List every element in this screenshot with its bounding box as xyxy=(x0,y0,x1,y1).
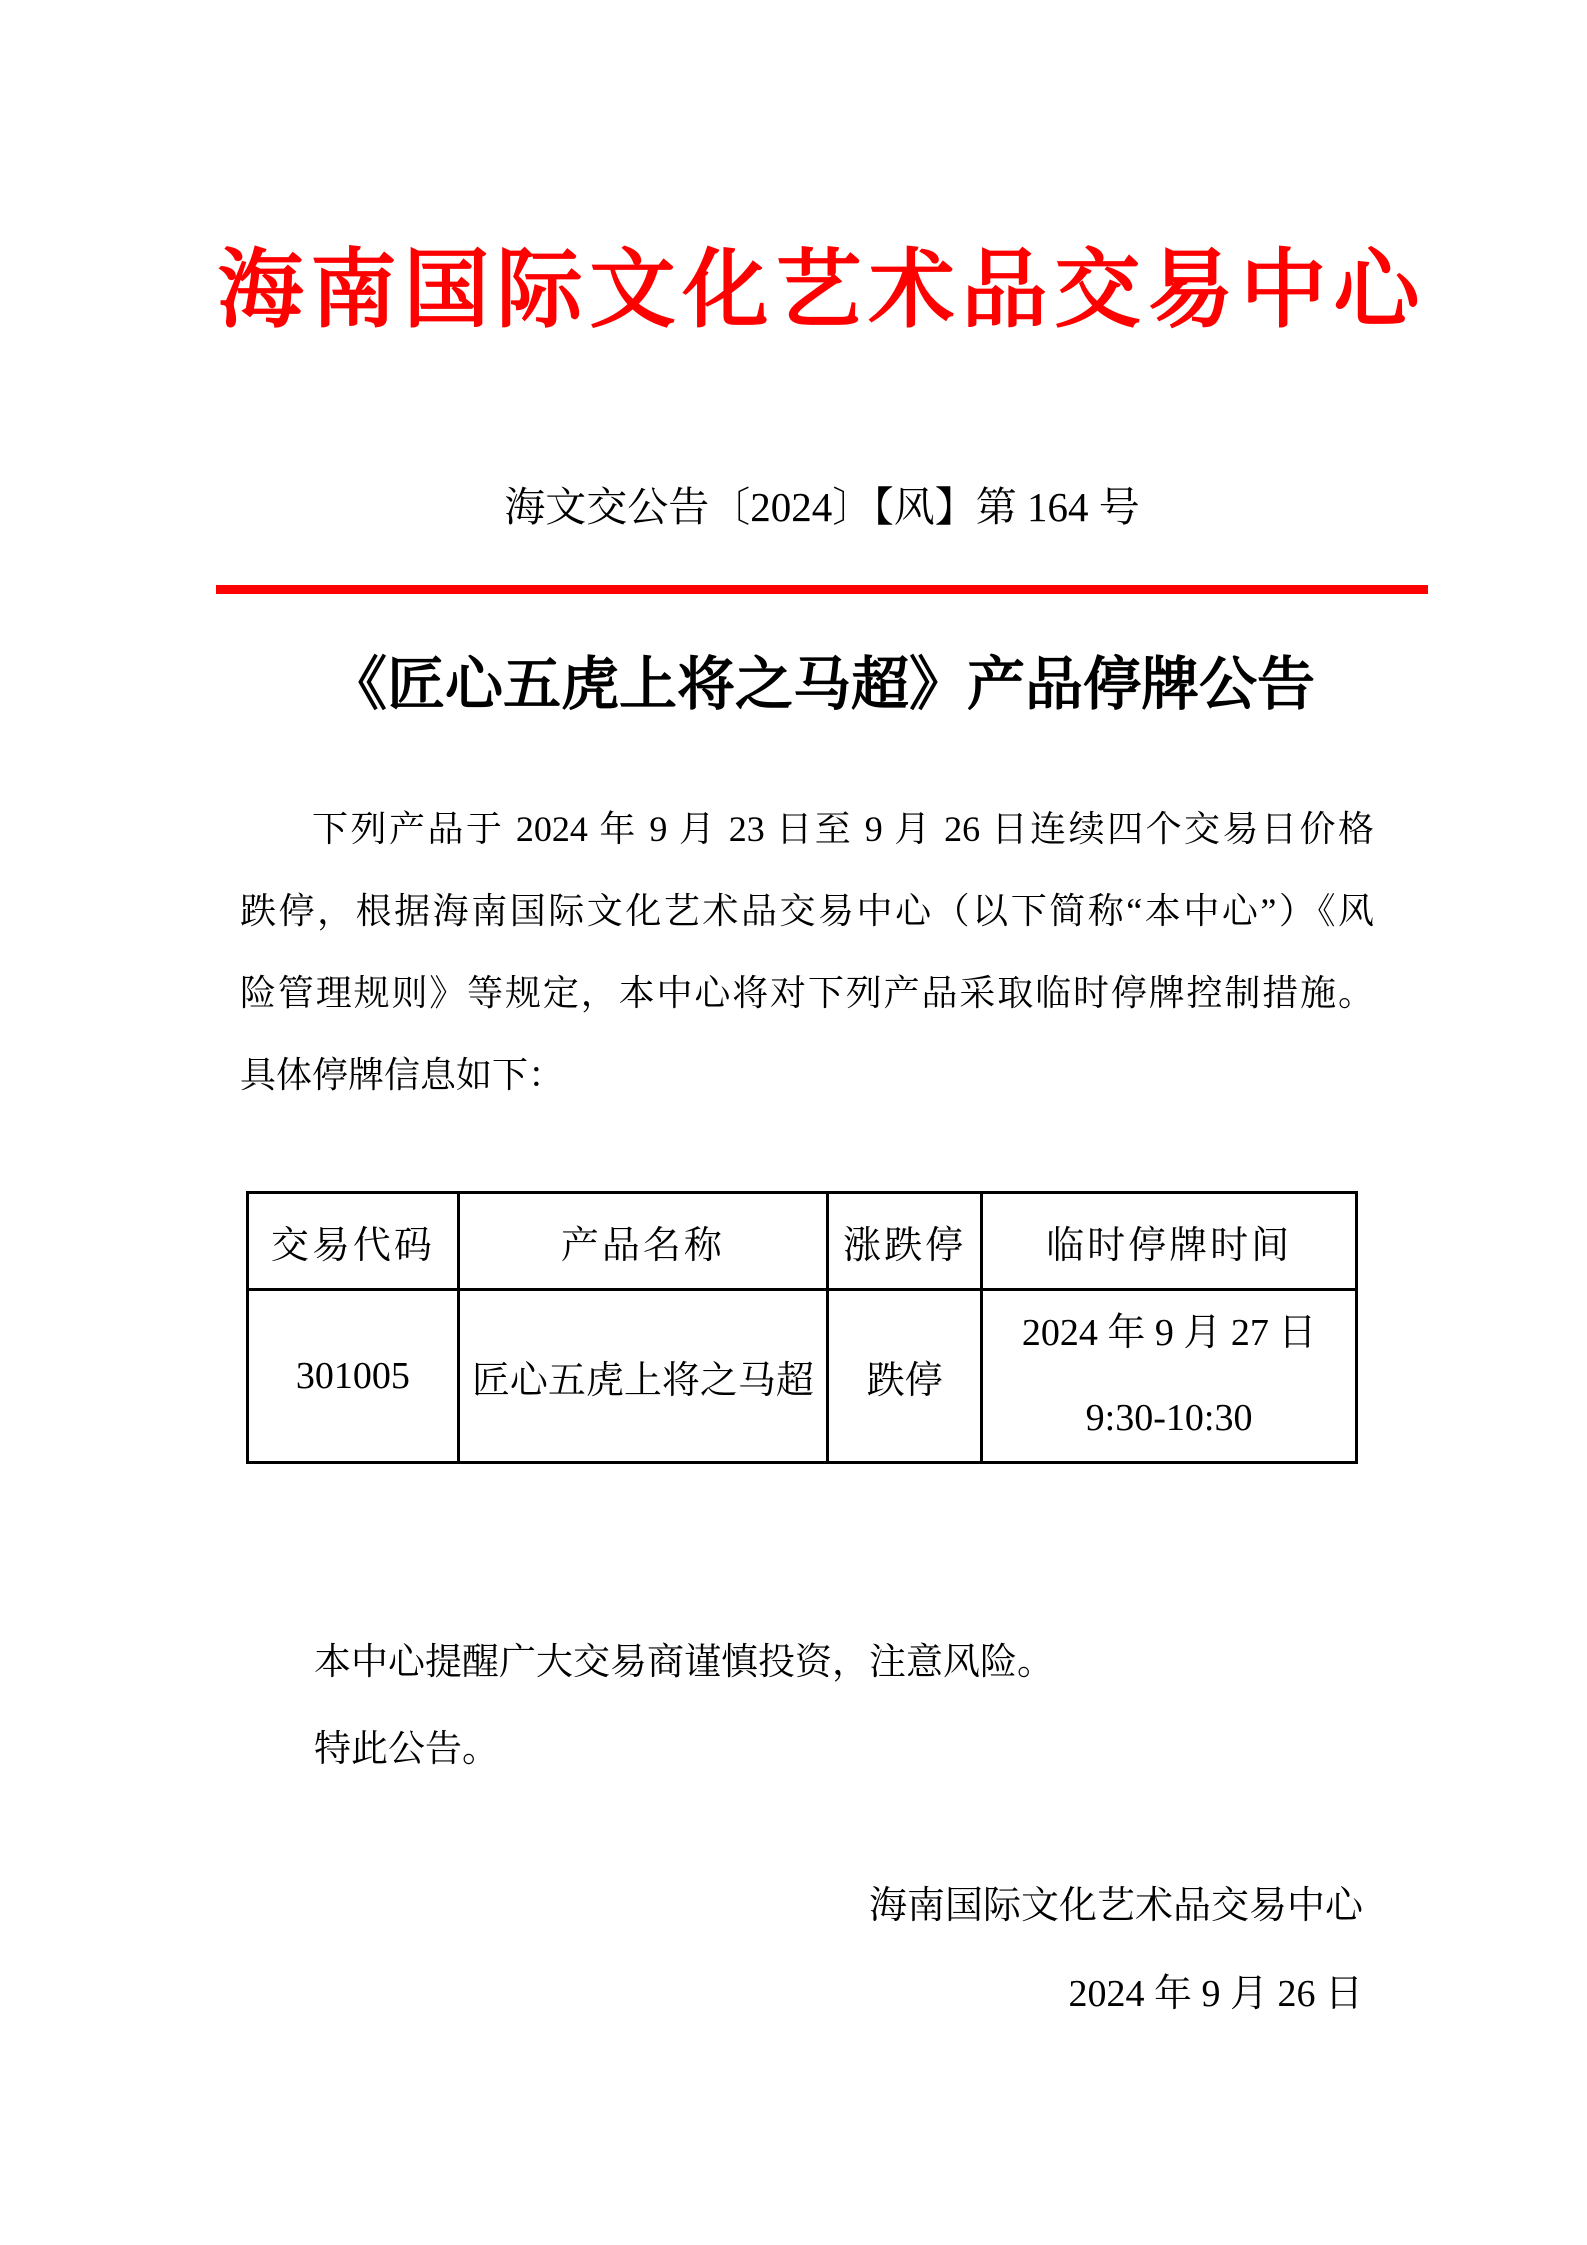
table-header-suspension-time: 临时停牌时间 xyxy=(982,1193,1357,1290)
table-header-row: 交易代码 产品名称 涨跌停 临时停牌时间 xyxy=(248,1193,1357,1290)
cell-suspension-time: 2024 年 9 月 27 日 9:30-10:30 xyxy=(982,1290,1357,1463)
table-header-trade-code: 交易代码 xyxy=(248,1193,459,1290)
signature-block: 海南国际文化艺术品交易中心 2024 年 9 月 26 日 xyxy=(216,1862,1363,2038)
red-divider-rule xyxy=(216,585,1428,594)
suspension-date: 2024 年 9 月 27 日 xyxy=(983,1291,1355,1376)
org-title: 海南国际文化艺术品交易中心 xyxy=(216,228,1428,352)
cell-limit-status: 跌停 xyxy=(828,1290,982,1463)
table-row: 301005 匠心五虎上将之马超 跌停 2024 年 9 月 27 日 9:30… xyxy=(248,1290,1357,1463)
cell-trade-code: 301005 xyxy=(248,1290,459,1463)
body-line-4: 具体停牌信息如下： xyxy=(240,1034,1374,1116)
announcement-document: 海南国际文化艺术品交易中心 海文交公告〔2024〕【风】第 164 号 《匠心五… xyxy=(0,0,1587,2245)
doc-number: 海文交公告〔2024〕【风】第 164 号 xyxy=(216,465,1428,549)
cell-product-name: 匠心五虎上将之马超 xyxy=(458,1290,827,1463)
suspension-table: 交易代码 产品名称 涨跌停 临时停牌时间 301005 匠心五虎上将之马超 跌停… xyxy=(246,1191,1358,1464)
closing-line-risk-warning: 本中心提醒广大交易商谨慎投资，注意风险。 xyxy=(240,1619,1374,1706)
table-header-product-name: 产品名称 xyxy=(458,1193,827,1290)
signature-date: 2024 年 9 月 26 日 xyxy=(216,1950,1363,2038)
body-line-1: 下列产品于 2024 年 9 月 23 日至 9 月 26 日连续四个交易日价格 xyxy=(240,788,1374,870)
body-paragraph: 下列产品于 2024 年 9 月 23 日至 9 月 26 日连续四个交易日价格… xyxy=(240,788,1374,1116)
body-line-2: 跌停，根据海南国际文化艺术品交易中心（以下简称“本中心”）《风 xyxy=(240,870,1374,952)
suspension-hours: 9:30-10:30 xyxy=(983,1376,1355,1461)
body-line-3: 险管理规则》等规定，本中心将对下列产品采取临时停牌控制措施。 xyxy=(240,952,1374,1034)
signature-org: 海南国际文化艺术品交易中心 xyxy=(216,1862,1363,1950)
table-header-limit-status: 涨跌停 xyxy=(828,1193,982,1290)
closing-line-announcement: 特此公告。 xyxy=(240,1706,1374,1793)
closing-paragraph: 本中心提醒广大交易商谨慎投资，注意风险。 特此公告。 xyxy=(240,1619,1374,1793)
doc-heading: 《匠心五虎上将之马超》产品停牌公告 xyxy=(188,643,1456,727)
